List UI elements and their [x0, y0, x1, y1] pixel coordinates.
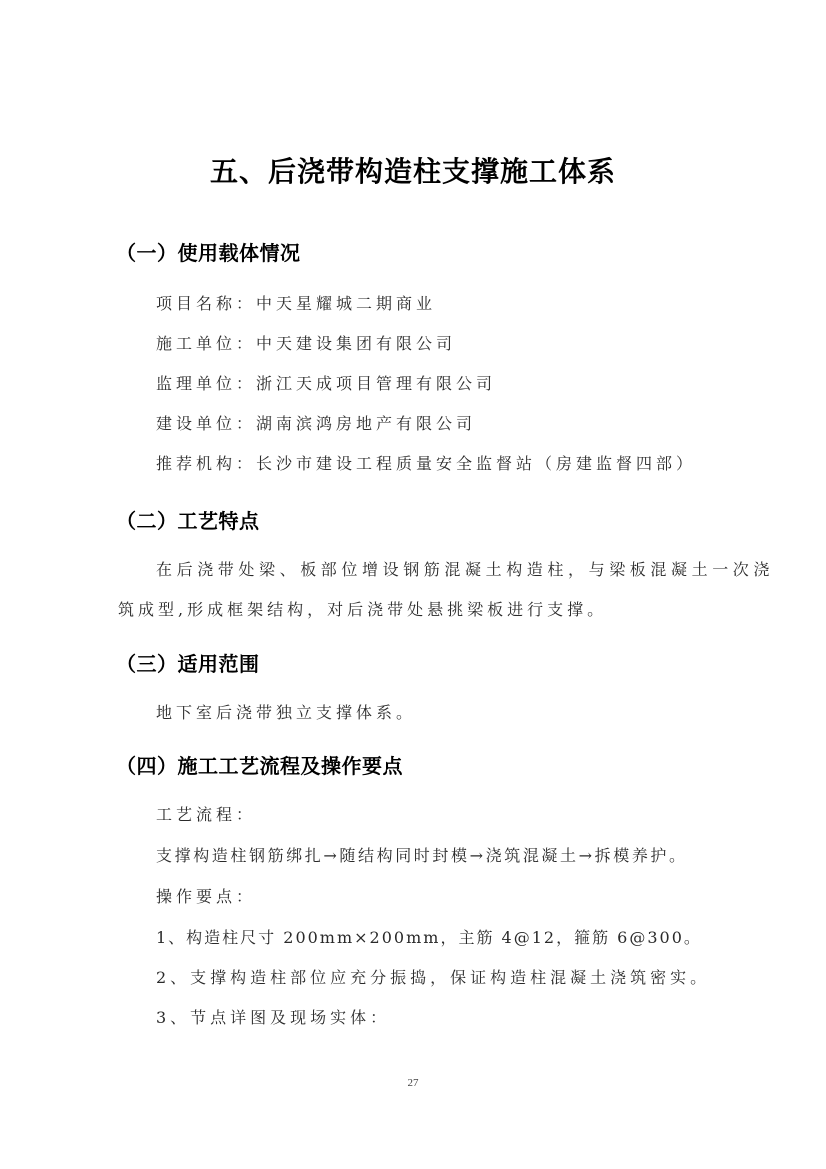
field-supervision-unit: 监理单位：浙江天成项目管理有限公司 — [156, 371, 496, 394]
key-point-2: 2、支撑构造柱部位应充分振捣，保证构造柱混凝土浇筑密实。 — [156, 965, 710, 988]
field-developer-unit: 建设单位：湖南滨鸿房地产有限公司 — [156, 411, 476, 434]
field-construction-unit: 施工单位：中天建设集团有限公司 — [156, 331, 456, 354]
section-heading-scope: （三）适用范围 — [116, 648, 260, 677]
field-value: 长沙市建设工程质量安全监督站（房建监督四部） — [256, 454, 696, 473]
field-value: 湖南滨鸿房地产有限公司 — [256, 414, 476, 433]
field-label: 推荐机构： — [156, 454, 256, 473]
paragraph-line: 筑成型,形成框架结构，对后浇带处悬挑梁板进行支撑。 — [118, 597, 607, 620]
field-project-name: 项目名称：中天星耀城二期商业 — [156, 291, 436, 314]
field-recommending-agency: 推荐机构：长沙市建设工程质量安全监督站（房建监督四部） — [156, 451, 696, 474]
key-points-label: 操作要点： — [156, 884, 256, 907]
key-point-1: 1、构造柱尺寸 200mm×200mm，主筋 4@12，箍筋 6@300。 — [156, 925, 702, 948]
paragraph-line: 地下室后浇带独立支撑体系。 — [156, 700, 416, 723]
section-heading-process-flow: （四）施工工艺流程及操作要点 — [116, 750, 403, 779]
paragraph-line: 在后浇带处梁、板部位增设钢筋混凝土构造柱，与梁板混凝土一次浇 — [156, 557, 774, 580]
process-flow-steps: 支撑构造柱钢筋绑扎→随结构同时封模→浇筑混凝土→拆模养护。 — [156, 843, 688, 866]
document-page: 五、后浇带构造柱支撑施工体系 （一）使用载体情况 项目名称：中天星耀城二期商业 … — [0, 0, 826, 1169]
field-value: 中天星耀城二期商业 — [256, 294, 436, 313]
field-value: 浙江天成项目管理有限公司 — [256, 374, 496, 393]
page-title: 五、后浇带构造柱支撑施工体系 — [0, 150, 826, 190]
field-label: 项目名称： — [156, 294, 256, 313]
field-value: 中天建设集团有限公司 — [256, 334, 456, 353]
field-label: 建设单位： — [156, 414, 256, 433]
key-point-3: 3、节点详图及现场实体： — [156, 1005, 390, 1028]
section-heading-process-features: （二）工艺特点 — [116, 505, 260, 534]
page-number: 27 — [0, 1077, 826, 1089]
section-heading-usage-info: （一）使用载体情况 — [116, 237, 301, 266]
field-label: 施工单位： — [156, 334, 256, 353]
process-flow-label: 工艺流程： — [156, 802, 256, 825]
field-label: 监理单位： — [156, 374, 256, 393]
